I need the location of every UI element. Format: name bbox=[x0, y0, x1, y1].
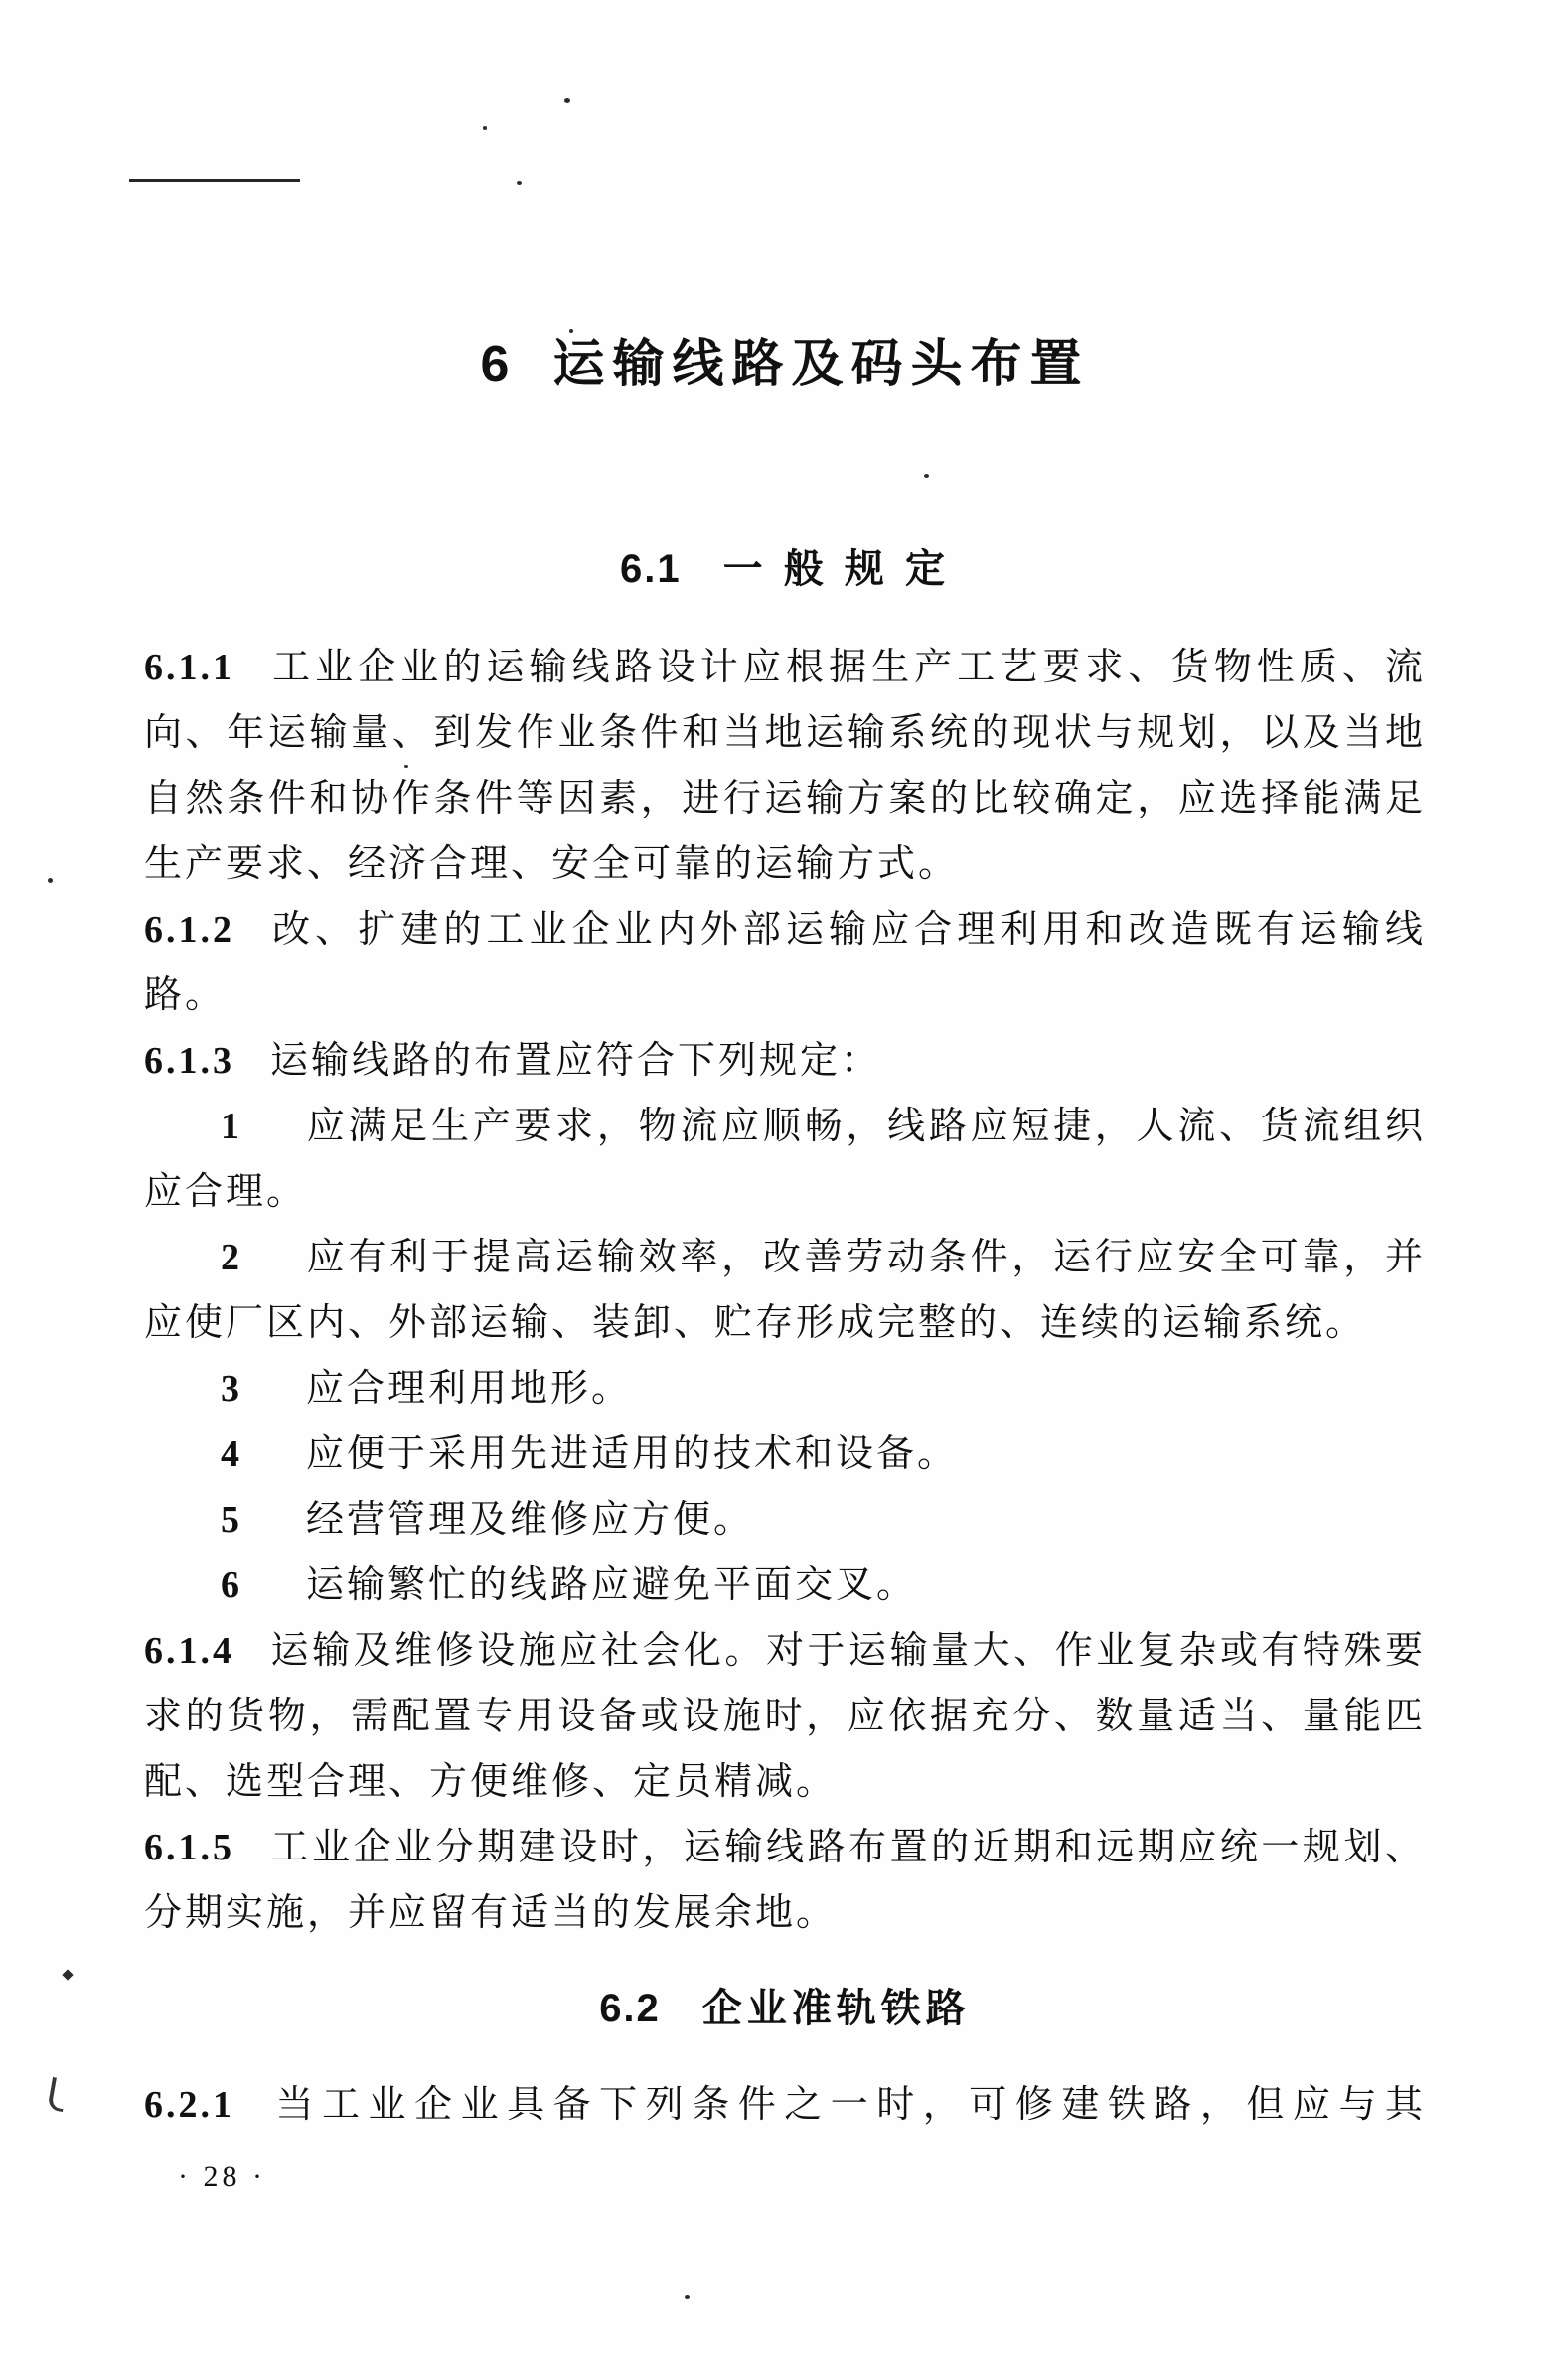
section-6-1-body: 6.1.1工业企业的运输线路设计应根据生产工艺要求、货物性质、流向、年运输量、到… bbox=[144, 635, 1426, 1946]
clause-number: 6.1.4 bbox=[144, 1630, 234, 1672]
clause-text: 当工业企业具备下列条件之一时，可修建铁路，但应与其 bbox=[270, 2084, 1426, 2126]
clause-6-1-4: 6.1.4运输及维修设施应社会化。对于运输量大、作业复杂或有特殊要求的货物，需配… bbox=[144, 1618, 1426, 1815]
scan-artifact-dot bbox=[685, 2295, 690, 2299]
scan-artifact-dot bbox=[48, 878, 53, 883]
clause-number: 6.1.3 bbox=[144, 1040, 234, 1082]
item-number: 5 bbox=[221, 1499, 242, 1541]
section-6-2-title: 企业准轨铁路 bbox=[702, 1987, 971, 2030]
clause-6-1-3-item-3: 3应合理利用地形。 bbox=[144, 1356, 1426, 1421]
clause-6-1-5: 6.1.5工业企业分期建设时，运输线路布置的近期和远期应统一规划、分期实施，并应… bbox=[144, 1815, 1426, 1946]
clause-text: 工业企业的运输线路设计应根据生产工艺要求、货物性质、流向、年运输量、到发作业条件… bbox=[144, 647, 1426, 885]
item-number: 2 bbox=[221, 1237, 242, 1278]
item-text: 经营管理及维修应方便。 bbox=[306, 1499, 754, 1541]
chapter-heading: 6运输线路及码头布置 bbox=[144, 337, 1426, 392]
item-text: 运输繁忙的线路应避免平面交叉。 bbox=[306, 1564, 917, 1606]
clause-6-1-3: 6.1.3运输线路的布置应符合下列规定： bbox=[144, 1028, 1426, 1094]
clause-number: 6.1.1 bbox=[144, 647, 234, 688]
clause-text: 运输及维修设施应社会化。对于运输量大、作业复杂或有特殊要求的货物，需配置专用设备… bbox=[144, 1630, 1426, 1803]
chapter-number: 6 bbox=[481, 336, 512, 393]
clause-6-1-3-item-1: 1应满足生产要求，物流应顺畅，线路应短捷，人流、货流组织应合理。 bbox=[144, 1094, 1426, 1225]
item-text: 应满足生产要求，物流应顺畅，线路应短捷，人流、货流组织应合理。 bbox=[144, 1106, 1426, 1213]
clause-6-1-3-item-2: 2应有利于提高运输效率，改善劳动条件，运行应安全可靠，并应使厂区内、外部运输、装… bbox=[144, 1225, 1426, 1356]
section-6-1-heading: 6.1一 般 规 定 bbox=[144, 546, 1426, 592]
scan-artifact-mark bbox=[62, 1969, 73, 1980]
clause-6-1-3-item-6: 6运输繁忙的线路应避免平面交叉。 bbox=[144, 1553, 1426, 1618]
item-number: 4 bbox=[221, 1433, 242, 1475]
clause-6-1-1: 6.1.1工业企业的运输线路设计应根据生产工艺要求、货物性质、流向、年运输量、到… bbox=[144, 635, 1426, 897]
clause-6-1-3-item-5: 5经营管理及维修应方便。 bbox=[144, 1487, 1426, 1553]
clause-text: 工业企业分期建设时，运输线路布置的近期和远期应统一规划、分期实施，并应留有适当的… bbox=[144, 1827, 1426, 1934]
clause-6-1-3-item-4: 4应便于采用先进适用的技术和设备。 bbox=[144, 1421, 1426, 1487]
section-6-2-number: 6.2 bbox=[599, 1987, 661, 2030]
item-number: 1 bbox=[221, 1106, 242, 1147]
section-6-2-body: 6.2.1当工业企业具备下列条件之一时，可修建铁路，但应与其 bbox=[144, 2072, 1426, 2138]
chapter-title-text: 运输线路及码头布置 bbox=[552, 336, 1089, 393]
item-text: 应有利于提高运输效率，改善劳动条件，运行应安全可靠，并应使厂区内、外部运输、装卸… bbox=[144, 1237, 1426, 1344]
clause-number: 6.1.2 bbox=[144, 909, 234, 951]
clause-text: 改、扩建的工业企业内外部运输应合理利用和改造既有运输线路。 bbox=[144, 909, 1426, 1016]
section-6-1-number: 6.1 bbox=[620, 547, 682, 591]
clause-6-1-2: 6.1.2改、扩建的工业企业内外部运输应合理利用和改造既有运输线路。 bbox=[144, 897, 1426, 1028]
text-column: 6运输线路及码头布置 6.1一 般 规 定 6.1.1工业企业的运输线路设计应根… bbox=[144, 0, 1426, 2197]
clause-number: 6.1.5 bbox=[144, 1827, 234, 1868]
item-number: 3 bbox=[221, 1368, 242, 1410]
section-6-2-heading: 6.2企业准轨铁路 bbox=[144, 1986, 1426, 2031]
scan-artifact-squiggle bbox=[47, 2077, 68, 2112]
clause-text: 运输线路的布置应符合下列规定： bbox=[270, 1040, 881, 1082]
section-6-1-title: 一 般 规 定 bbox=[723, 547, 950, 591]
item-number: 6 bbox=[221, 1564, 242, 1606]
page-number: · 28 · bbox=[144, 2157, 1426, 2197]
item-text: 应便于采用先进适用的技术和设备。 bbox=[306, 1433, 958, 1475]
clause-6-2-1: 6.2.1当工业企业具备下列条件之一时，可修建铁路，但应与其 bbox=[144, 2072, 1426, 2138]
item-text: 应合理利用地形。 bbox=[306, 1368, 632, 1410]
document-page: 6运输线路及码头布置 6.1一 般 规 定 6.1.1工业企业的运输线路设计应根… bbox=[0, 0, 1542, 2380]
clause-number: 6.2.1 bbox=[144, 2084, 234, 2126]
